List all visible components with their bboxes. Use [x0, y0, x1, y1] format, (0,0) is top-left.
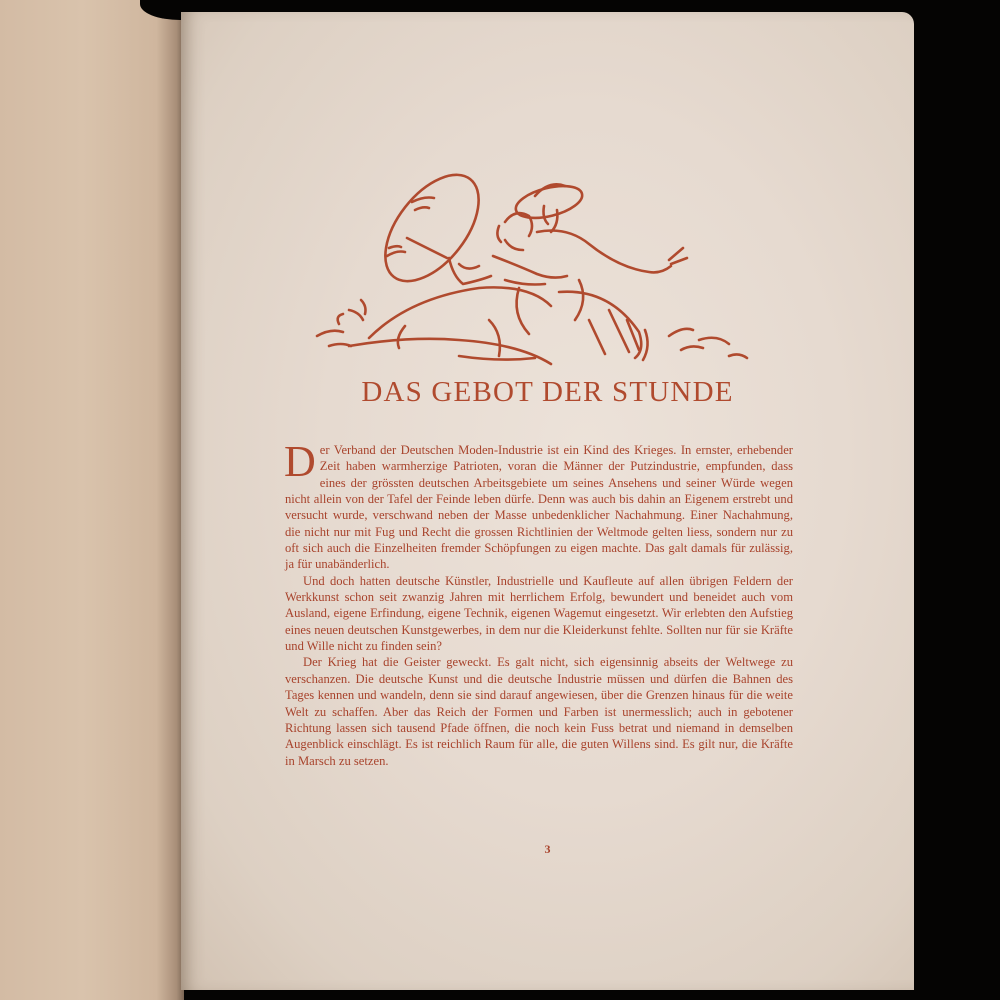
body-text: Der Verband der Deutschen Moden-Industri… [285, 442, 793, 769]
page-title: DAS GEBOT DER STUNDE [181, 376, 914, 409]
paragraph-3: Der Krieg hat die Geister geweckt. Es ga… [285, 654, 793, 768]
right-page: DAS GEBOT DER STUNDE Der Verband der Deu… [181, 12, 914, 990]
paragraph-2: Und doch hatten deutsche Künstler, Indus… [285, 573, 793, 655]
illustration-two-women-parasol [309, 160, 789, 370]
left-page [0, 0, 184, 1000]
dropcap: D [284, 444, 316, 480]
paragraph-1-text: er Verband der Deutschen Moden-Industrie… [285, 443, 793, 571]
paragraph-1: Der Verband der Deutschen Moden-Industri… [285, 442, 793, 573]
page-number: 3 [181, 842, 914, 857]
